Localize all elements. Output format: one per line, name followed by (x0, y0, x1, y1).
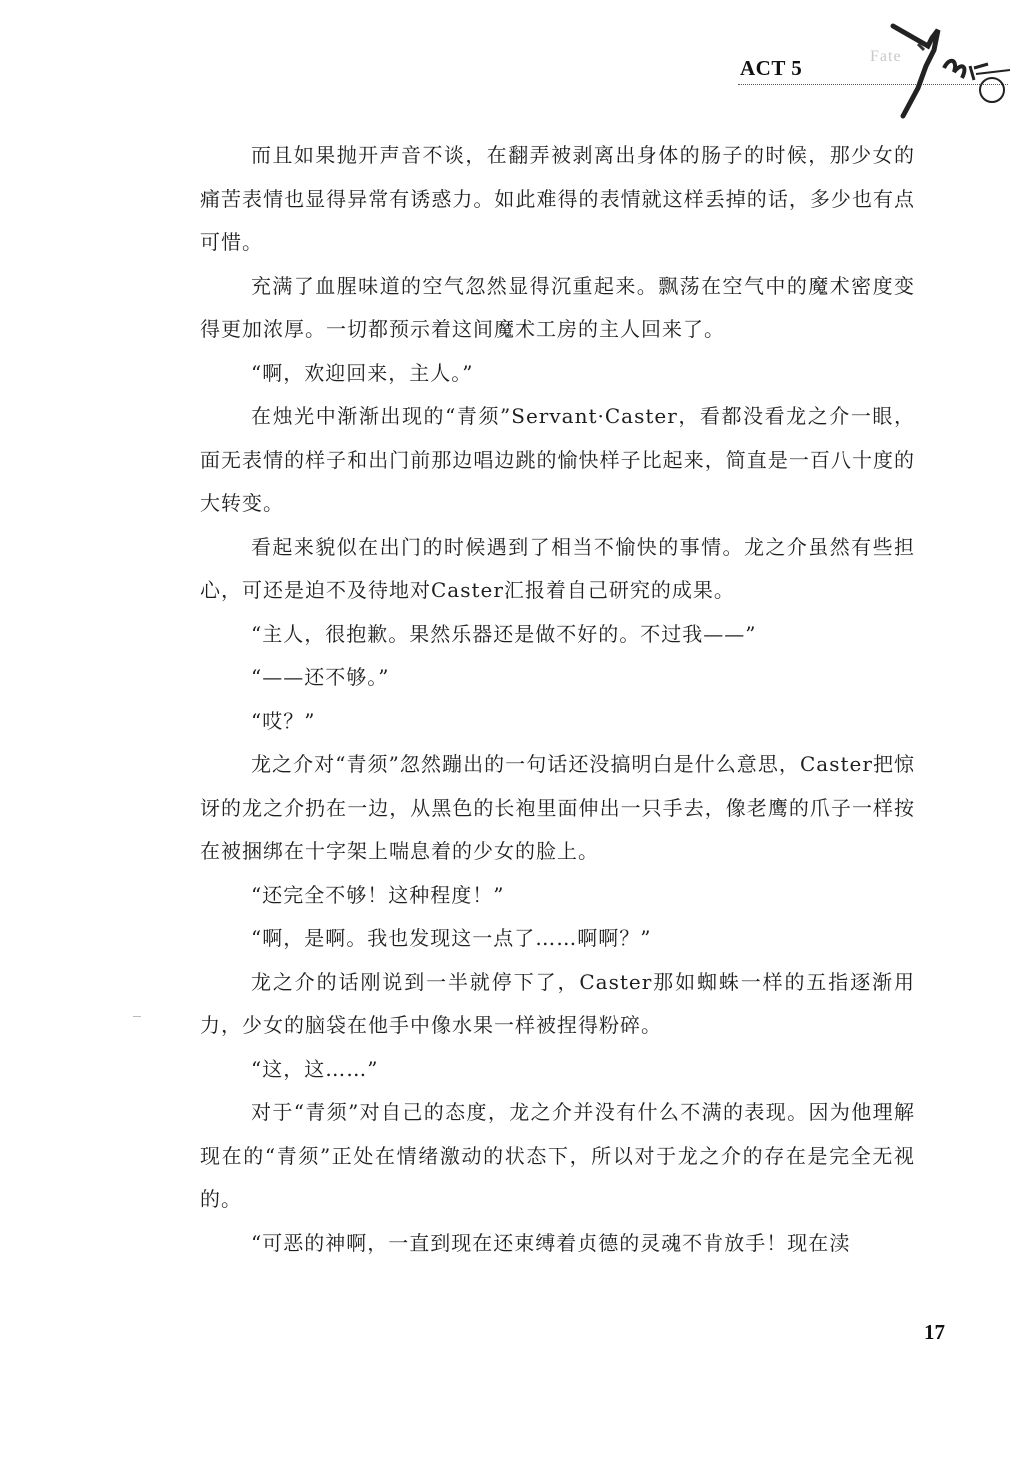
paragraph-3: “啊，欢迎回来，主人。” (200, 352, 915, 396)
logo-brush-icon (858, 16, 1018, 126)
page-body: 而且如果抛开声音不谈，在翻弄被剥离出身体的肠子的时候，那少女的痛苦表情也显得异常… (200, 134, 915, 1265)
paragraph-2: 充满了血腥味道的空气忽然显得沉重起来。飘荡在空气中的魔术密度变得更加浓厚。一切都… (200, 265, 915, 352)
paragraph-6: “主人，很抱歉。果然乐器还是做不好的。不过我——” (200, 613, 915, 657)
paragraph-7: “——还不够。” (200, 656, 915, 700)
paragraph-12: 龙之介的话刚说到一半就停下了，Caster那如蜘蛛一样的五指逐渐用力，少女的脑袋… (200, 961, 915, 1048)
page-number: 17 (924, 1320, 945, 1345)
fate-zero-logo-icon: Fate (858, 16, 1018, 126)
paragraph-11: “啊，是啊。我也发现这一点了……啊啊？” (200, 917, 915, 961)
paragraph-8: “哎？” (200, 700, 915, 744)
paragraph-10: “还完全不够！这种程度！” (200, 874, 915, 918)
paragraph-13: “这，这……” (200, 1048, 915, 1092)
paragraph-14: 对于“青须”对自己的态度，龙之介并没有什么不满的表现。因为他理解现在的“青须”正… (200, 1091, 915, 1222)
act-label: ACT 5 (740, 56, 802, 81)
paragraph-4: 在烛光中渐渐出现的“青须”Servant·Caster，看都没看龙之介一眼，面无… (200, 395, 915, 526)
running-header: ACT 5 Fate (738, 56, 1022, 136)
paragraph-15: “可恶的神啊，一直到现在还束缚着贞德的灵魂不肯放手！现在渎 (200, 1222, 915, 1266)
scan-margin-mark (133, 1016, 141, 1017)
paragraph-1: 而且如果抛开声音不谈，在翻弄被剥离出身体的肠子的时候，那少女的痛苦表情也显得异常… (200, 134, 915, 265)
paragraph-9: 龙之介对“青须”忽然蹦出的一句话还没搞明白是什么意思，Caster把惊讶的龙之介… (200, 743, 915, 874)
paragraph-5: 看起来貌似在出门的时候遇到了相当不愉快的事情。龙之介虽然有些担心，可还是迫不及待… (200, 526, 915, 613)
logo-faint-text: Fate (870, 48, 902, 66)
